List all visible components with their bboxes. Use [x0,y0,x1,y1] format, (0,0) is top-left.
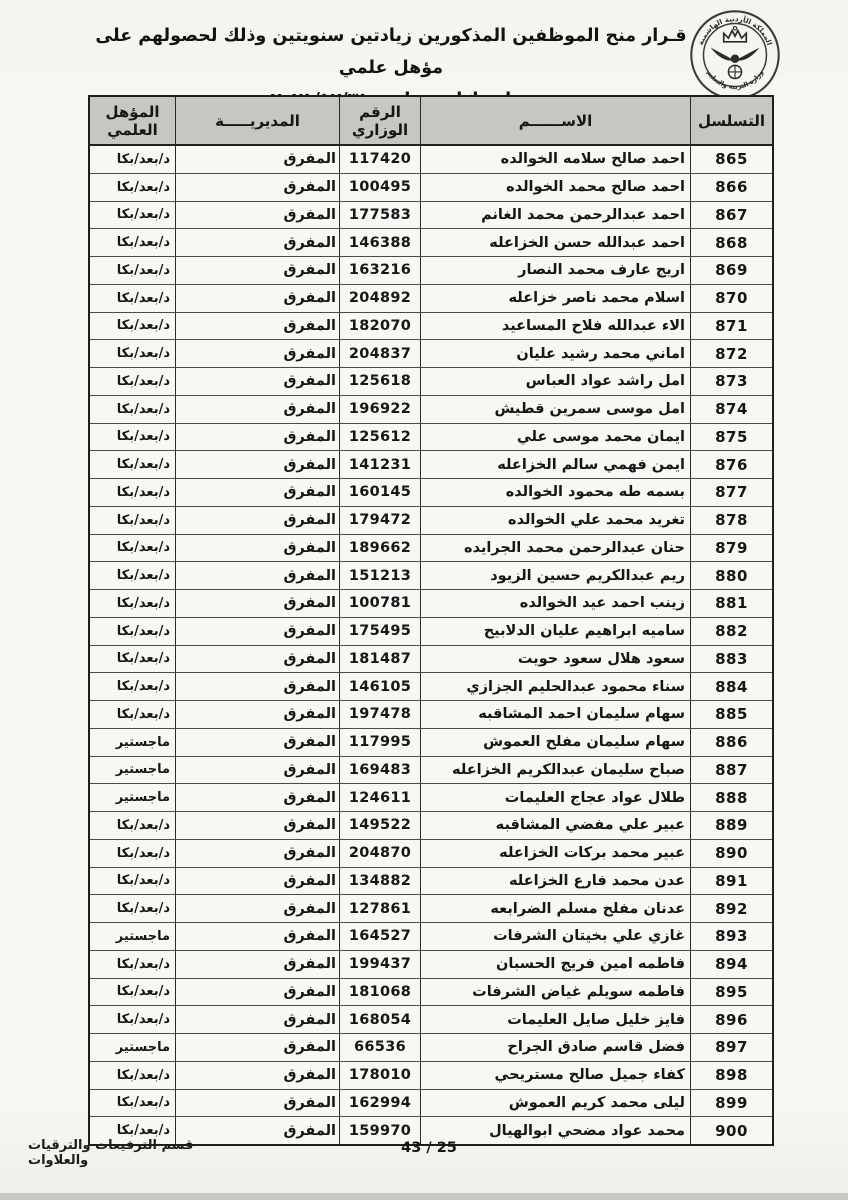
qualification-cell: د/بعد/بكا [90,1006,175,1033]
serial-cell: 872 [690,340,772,367]
table-row: 886 سهام سليمان مفلح العموش 117995 المفر… [90,729,772,757]
directorate-cell: المفرق [175,313,339,340]
name-cell: احمد صالح سلامه الخوالده [420,146,690,173]
directorate-cell: المفرق [175,868,339,895]
serial-cell: 889 [690,812,772,839]
serial-cell: 893 [690,923,772,950]
serial-cell: 866 [690,174,772,201]
serial-cell: 896 [690,1006,772,1033]
table-row: 875 ايمان محمد موسى علي 125612 المفرق د/… [90,424,772,452]
directorate-cell: المفرق [175,1090,339,1117]
name-cell: امل راشد عواد العباس [420,368,690,395]
serial-cell: 874 [690,396,772,423]
serial-cell: 895 [690,979,772,1006]
table-row: 894 فاطمه امين فريج الحسبان 199437 المفر… [90,951,772,979]
document-page: { "header": { "title_line1": "قـرار منح … [0,0,848,1200]
ministry-number-cell: 117995 [339,729,420,756]
directorate-cell: المفرق [175,673,339,700]
name-cell: احمد عبدالرحمن محمد الغانم [420,202,690,229]
name-cell: فايز خليل صايل العليمات [420,1006,690,1033]
name-cell: عبير محمد بركات الخزاعله [420,840,690,867]
directorate-cell: المفرق [175,368,339,395]
serial-cell: 891 [690,868,772,895]
name-cell: كفاء جميل صالح مستريحي [420,1062,690,1089]
directorate-cell: المفرق [175,701,339,728]
serial-cell: 882 [690,618,772,645]
directorate-cell: المفرق [175,618,339,645]
name-cell: ساميه ابراهيم عليان الدلابيح [420,618,690,645]
header-directorate: المديريـــــة [175,97,339,144]
serial-cell: 894 [690,951,772,978]
qualification-cell: د/بعد/بكا [90,1090,175,1117]
qualification-cell: د/بعد/بكا [90,895,175,922]
ministry-number-cell: 151213 [339,562,420,589]
name-cell: عبير علي مفضي المشاقبه [420,812,690,839]
qualification-cell: ماجستير [90,1034,175,1061]
table-body: 865 احمد صالح سلامه الخوالده 117420 المف… [90,146,772,1144]
table-row: 890 عبير محمد بركات الخزاعله 204870 المف… [90,840,772,868]
ministry-number-cell: 100781 [339,590,420,617]
ministry-number-cell: 66536 [339,1034,420,1061]
ministry-number-cell: 175495 [339,618,420,645]
name-cell: ايمان محمد موسى علي [420,424,690,451]
qualification-cell: د/بعد/بكا [90,507,175,534]
qualification-cell: د/بعد/بكا [90,979,175,1006]
table-row: 889 عبير علي مفضي المشاقبه 149522 المفرق… [90,812,772,840]
qualification-cell: د/بعد/بكا [90,396,175,423]
ministry-number-cell: 181487 [339,646,420,673]
scan-edge [0,1193,848,1200]
name-cell: امل موسى سمرين قطيش [420,396,690,423]
header-ministry-number: الرقم الوزاري [339,97,420,144]
ministry-number-cell: 178010 [339,1062,420,1089]
ministry-number-cell: 149522 [339,812,420,839]
table-row: 893 غازي علي بخيتان الشرفات 164527 المفر… [90,923,772,951]
name-cell: الاء عبدالله فلاح المساعيد [420,313,690,340]
qualification-cell: د/بعد/بكا [90,368,175,395]
directorate-cell: المفرق [175,590,339,617]
directorate-cell: المفرق [175,923,339,950]
qualification-cell: د/بعد/بكا [90,285,175,312]
qualification-cell: د/بعد/بكا [90,257,175,284]
table-row: 867 احمد عبدالرحمن محمد الغانم 177583 ال… [90,202,772,230]
serial-cell: 886 [690,729,772,756]
directorate-cell: المفرق [175,340,339,367]
table-row: 872 اماني محمد رشيد عليان 204837 المفرق … [90,340,772,368]
table-row: 895 فاطمه سويلم غياض الشرفات 181068 المف… [90,979,772,1007]
table-row: 885 سهام سليمان احمد المشاقبه 197478 الم… [90,701,772,729]
table-row: 865 احمد صالح سلامه الخوالده 117420 المف… [90,146,772,174]
ministry-number-cell: 162994 [339,1090,420,1117]
directorate-cell: المفرق [175,535,339,562]
ministry-number-cell: 124611 [339,784,420,811]
serial-cell: 865 [690,146,772,173]
table-row: 887 صباح سليمان عبدالكريم الخزاعله 16948… [90,757,772,785]
employees-table: التسلسل الاســــــم الرقم الوزاري المدير… [88,95,774,1146]
directorate-cell: المفرق [175,729,339,756]
qualification-cell: د/بعد/بكا [90,479,175,506]
table-row: 869 اريج عارف محمد النصار 163216 المفرق … [90,257,772,285]
directorate-cell: المفرق [175,285,339,312]
directorate-cell: المفرق [175,479,339,506]
directorate-cell: المفرق [175,229,339,256]
page-number: 43 / 25 [88,1140,770,1156]
serial-cell: 881 [690,590,772,617]
table-row: 868 احمد عبدالله حسن الخزاعله 146388 الم… [90,229,772,257]
table-row: 880 ريم عبدالكريم حسين الزيود 151213 الم… [90,562,772,590]
name-cell: عدنان مفلح مسلم الضرابعه [420,895,690,922]
header-name: الاســــــم [420,97,690,144]
ministry-number-cell: 163216 [339,257,420,284]
table-row: 896 فايز خليل صايل العليمات 168054 المفر… [90,1006,772,1034]
table-row: 878 تغريد محمد علي الخوالده 179472 المفر… [90,507,772,535]
qualification-cell: د/بعد/بكا [90,174,175,201]
qualification-cell: د/بعد/بكا [90,701,175,728]
serial-cell: 870 [690,285,772,312]
header-serial: التسلسل [690,97,772,144]
name-cell: احمد عبدالله حسن الخزاعله [420,229,690,256]
serial-cell: 890 [690,840,772,867]
serial-cell: 885 [690,701,772,728]
ministry-number-cell: 134882 [339,868,420,895]
directorate-cell: المفرق [175,784,339,811]
name-cell: اماني محمد رشيد عليان [420,340,690,367]
qualification-cell: د/بعد/بكا [90,951,175,978]
table-row: 881 زينب احمد عيد الخوالده 100781 المفرق… [90,590,772,618]
name-cell: فاطمه سويلم غياض الشرفات [420,979,690,1006]
serial-cell: 876 [690,451,772,478]
directorate-cell: المفرق [175,951,339,978]
name-cell: ليلى محمد كريم العموش [420,1090,690,1117]
serial-cell: 892 [690,895,772,922]
table-row: 874 امل موسى سمرين قطيش 196922 المفرق د/… [90,396,772,424]
name-cell: سهام سليمان احمد المشاقبه [420,701,690,728]
qualification-cell: د/بعد/بكا [90,812,175,839]
qualification-cell: ماجستير [90,757,175,784]
directorate-cell: المفرق [175,840,339,867]
qualification-cell: د/بعد/بكا [90,340,175,367]
table-row: 891 عدن محمد فارع الخزاعله 134882 المفرق… [90,868,772,896]
directorate-cell: المفرق [175,1006,339,1033]
table-row: 883 سعود هلال سعود حويت 181487 المفرق د/… [90,646,772,674]
ministry-number-cell: 204892 [339,285,420,312]
title-line-1: قـرار منح الموظفين المذكورين زيادتين سنو… [95,20,687,84]
qualification-cell: د/بعد/بكا [90,535,175,562]
serial-cell: 877 [690,479,772,506]
ministry-number-cell: 160145 [339,479,420,506]
table-row: 871 الاء عبدالله فلاح المساعيد 182070 ال… [90,313,772,341]
directorate-cell: المفرق [175,562,339,589]
directorate-cell: المفرق [175,424,339,451]
ministry-number-cell: 179472 [339,507,420,534]
qualification-cell: د/بعد/بكا [90,146,175,173]
qualification-cell: ماجستير [90,923,175,950]
directorate-cell: المفرق [175,757,339,784]
qualification-cell: د/بعد/بكا [90,868,175,895]
ministry-number-cell: 125612 [339,424,420,451]
qualification-cell: د/بعد/بكا [90,1062,175,1089]
directorate-cell: المفرق [175,1034,339,1061]
header-qualification: المؤهل العلمي [90,97,175,144]
name-cell: زينب احمد عيد الخوالده [420,590,690,617]
ministry-seal-logo: المملكة الأردنية الهاشمية وزارة التربية … [688,8,782,102]
qualification-cell: د/بعد/بكا [90,590,175,617]
directorate-cell: المفرق [175,146,339,173]
name-cell: اسلام محمد ناصر خزاعله [420,285,690,312]
name-cell: غازي علي بخيتان الشرفات [420,923,690,950]
serial-cell: 869 [690,257,772,284]
name-cell: حنان عبدالرحمن محمد الجرايده [420,535,690,562]
serial-cell: 879 [690,535,772,562]
directorate-cell: المفرق [175,451,339,478]
directorate-cell: المفرق [175,646,339,673]
ministry-number-cell: 164527 [339,923,420,950]
directorate-cell: المفرق [175,979,339,1006]
name-cell: فاطمه امين فريج الحسبان [420,951,690,978]
serial-cell: 880 [690,562,772,589]
serial-cell: 888 [690,784,772,811]
name-cell: اريج عارف محمد النصار [420,257,690,284]
serial-cell: 871 [690,313,772,340]
table-row: 884 سناء محمود عبدالحليم الجزازي 146105 … [90,673,772,701]
name-cell: ريم عبدالكريم حسين الزيود [420,562,690,589]
table-row: 897 فضل قاسم صادق الجراح 66536 المفرق ما… [90,1034,772,1062]
ministry-number-cell: 197478 [339,701,420,728]
name-cell: سهام سليمان مفلح العموش [420,729,690,756]
table-row: 873 امل راشد عواد العباس 125618 المفرق د… [90,368,772,396]
serial-cell: 899 [690,1090,772,1117]
qualification-cell: د/بعد/بكا [90,451,175,478]
table-row: 892 عدنان مفلح مسلم الضرابعه 127861 المف… [90,895,772,923]
table-row: 876 ايمن فهمي سالم الخزاعله 141231 المفر… [90,451,772,479]
qualification-cell: د/بعد/بكا [90,202,175,229]
table-row: 879 حنان عبدالرحمن محمد الجرايده 189662 … [90,535,772,563]
qualification-cell: د/بعد/بكا [90,618,175,645]
serial-cell: 884 [690,673,772,700]
ministry-number-cell: 177583 [339,202,420,229]
ministry-number-cell: 169483 [339,757,420,784]
jordan-education-ministry-seal-icon: المملكة الأردنية الهاشمية وزارة التربية … [688,8,782,102]
directorate-cell: المفرق [175,257,339,284]
ministry-number-cell: 204870 [339,840,420,867]
name-cell: احمد صالح محمد الخوالده [420,174,690,201]
ministry-number-cell: 182070 [339,313,420,340]
qualification-cell: د/بعد/بكا [90,562,175,589]
directorate-cell: المفرق [175,174,339,201]
serial-cell: 875 [690,424,772,451]
serial-cell: 883 [690,646,772,673]
table-row: 882 ساميه ابراهيم عليان الدلابيح 175495 … [90,618,772,646]
ministry-number-cell: 127861 [339,895,420,922]
name-cell: تغريد محمد علي الخوالده [420,507,690,534]
ministry-number-cell: 146388 [339,229,420,256]
serial-cell: 868 [690,229,772,256]
table-row: 898 كفاء جميل صالح مستريحي 178010 المفرق… [90,1062,772,1090]
ministry-number-cell: 125618 [339,368,420,395]
ministry-number-cell: 168054 [339,1006,420,1033]
serial-cell: 898 [690,1062,772,1089]
ministry-number-cell: 181068 [339,979,420,1006]
qualification-cell: ماجستير [90,784,175,811]
qualification-cell: ماجستير [90,729,175,756]
directorate-cell: المفرق [175,895,339,922]
name-cell: طلال عواد عجاج العليمات [420,784,690,811]
ministry-number-cell: 117420 [339,146,420,173]
directorate-cell: المفرق [175,202,339,229]
crown-icon [724,31,747,42]
serial-cell: 897 [690,1034,772,1061]
table-row: 866 احمد صالح محمد الخوالده 100495 المفر… [90,174,772,202]
table-row: 870 اسلام محمد ناصر خزاعله 204892 المفرق… [90,285,772,313]
ministry-number-cell: 141231 [339,451,420,478]
name-cell: ايمن فهمي سالم الخزاعله [420,451,690,478]
table-header-row: التسلسل الاســــــم الرقم الوزاري المدير… [90,97,772,146]
serial-cell: 878 [690,507,772,534]
ministry-number-cell: 199437 [339,951,420,978]
ministry-number-cell: 146105 [339,673,420,700]
ministry-number-cell: 204837 [339,340,420,367]
name-cell: سعود هلال سعود حويت [420,646,690,673]
name-cell: صباح سليمان عبدالكريم الخزاعله [420,757,690,784]
name-cell: سناء محمود عبدالحليم الجزازي [420,673,690,700]
table-row: 899 ليلى محمد كريم العموش 162994 المفرق … [90,1090,772,1118]
qualification-cell: د/بعد/بكا [90,840,175,867]
ministry-number-cell: 189662 [339,535,420,562]
qualification-cell: د/بعد/بكا [90,229,175,256]
ministry-number-cell: 100495 [339,174,420,201]
name-cell: بسمه طه محمود الخوالده [420,479,690,506]
ministry-number-cell: 196922 [339,396,420,423]
qualification-cell: د/بعد/بكا [90,646,175,673]
qualification-cell: د/بعد/بكا [90,673,175,700]
table-row: 877 بسمه طه محمود الخوالده 160145 المفرق… [90,479,772,507]
table-row: 888 طلال عواد عجاج العليمات 124611 المفر… [90,784,772,812]
directorate-cell: المفرق [175,1062,339,1089]
name-cell: فضل قاسم صادق الجراح [420,1034,690,1061]
directorate-cell: المفرق [175,396,339,423]
directorate-cell: المفرق [175,507,339,534]
name-cell: عدن محمد فارع الخزاعله [420,868,690,895]
qualification-cell: د/بعد/بكا [90,313,175,340]
qualification-cell: د/بعد/بكا [90,424,175,451]
serial-cell: 867 [690,202,772,229]
serial-cell: 873 [690,368,772,395]
serial-cell: 887 [690,757,772,784]
directorate-cell: المفرق [175,812,339,839]
